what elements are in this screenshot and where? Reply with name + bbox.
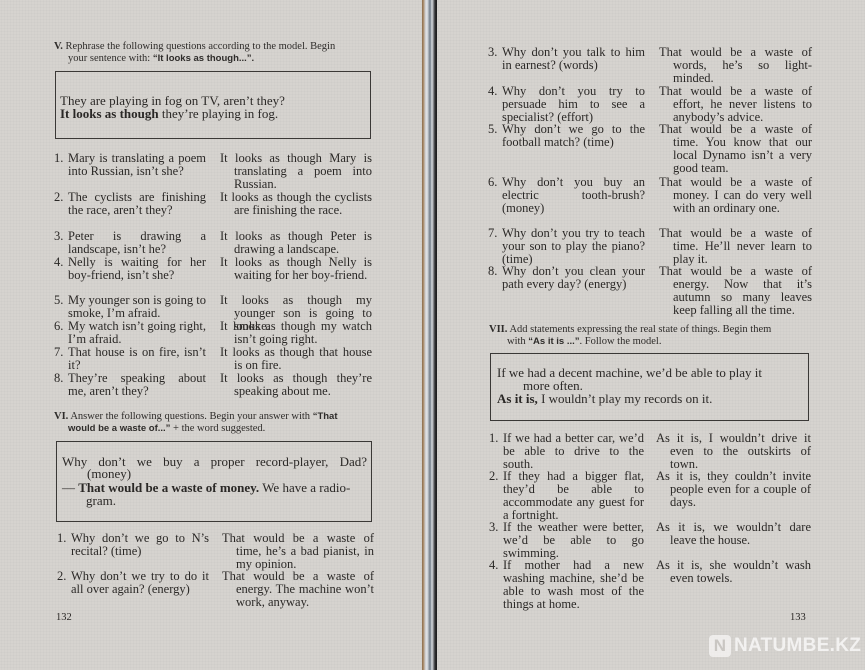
item-question: Why don’t we go to the football match? (… xyxy=(488,123,645,149)
item-number: 3. xyxy=(54,230,68,243)
item-question: That house is on fire, isn’t it? xyxy=(54,346,206,372)
item-question: The cyclists are finishing the race, are… xyxy=(54,191,206,217)
item-answer-text: As it is, I wouldn’t drive it even to th… xyxy=(656,432,811,471)
item-prompt: 8.Why don’t you clean your path every da… xyxy=(488,265,645,291)
item-question: My younger son is going to smoke, I’m af… xyxy=(54,294,206,320)
item-number: 5. xyxy=(54,294,68,307)
item-answer: That would be a waste of effort, he neve… xyxy=(659,85,812,124)
item-answer: As it is, they couldn’t invite people ev… xyxy=(656,470,811,509)
item-number: 8. xyxy=(54,372,68,385)
instruction-text: Add statements expressing the real state… xyxy=(509,324,771,335)
item-answer: As it is, she wouldn’t wash even towels. xyxy=(656,559,811,585)
item-answer: That would be a waste of time, he’s a ba… xyxy=(222,532,374,571)
model-answer: As it is, I wouldn’t play my records on … xyxy=(497,392,712,406)
model-keyword: As it is, xyxy=(497,391,538,406)
item-answer-text: It looks as though Mary is translating a… xyxy=(220,152,372,191)
item-number: 3. xyxy=(489,521,503,534)
item-number: 4. xyxy=(54,256,68,269)
left-page: V. Rephrase the following questions acco… xyxy=(0,0,422,670)
right-page: 3.Why don’t you talk to him in earnest? … xyxy=(437,0,865,670)
item-answer-text: That would be a waste of money. I can do… xyxy=(659,176,812,215)
item-prompt: 5.My younger son is going to smoke, I’m … xyxy=(54,294,206,320)
instruction-keyword: would be a waste of...” xyxy=(68,423,170,434)
item-prompt: 3.Why don’t you talk to him in earnest? … xyxy=(488,46,645,72)
item-answer-text: It looks as though that house is on fire… xyxy=(220,346,372,372)
item-question: Why don’t you buy an electric tooth-brus… xyxy=(488,176,645,215)
item-number: 1. xyxy=(57,532,71,545)
item-number: 7. xyxy=(54,346,68,359)
instruction-text: with xyxy=(507,336,528,347)
item-question: If the weather were better, we’d be able… xyxy=(489,521,644,560)
model-answer-rest: We have a radio- xyxy=(259,480,350,495)
item-number: 8. xyxy=(488,265,502,278)
model-answer-rest: I wouldn’t play my records on it. xyxy=(538,391,713,406)
item-answer: That would be a waste of money. I can do… xyxy=(659,176,812,215)
model-answer: It looks as though they’re playing in fo… xyxy=(60,107,278,121)
item-answer-text: It looks as though they’re speaking abou… xyxy=(220,372,372,398)
item-question: Nelly is waiting for her boy-friend, isn… xyxy=(54,256,206,282)
item-prompt: 1.Why don’t we go to N’s recital? (time) xyxy=(57,532,209,558)
item-question: Why don’t you try to teach your son to p… xyxy=(488,227,645,266)
instruction-keyword: “It looks as though...”. xyxy=(153,53,254,64)
item-question: Mary is translating a poem into Russian,… xyxy=(54,152,206,178)
item-answer-text: That would be a waste of time, he’s a ba… xyxy=(222,532,374,571)
item-answer: That would be a waste of time. You know … xyxy=(659,123,812,175)
page-number: 132 xyxy=(56,612,72,623)
item-answer-text: It looks as though Nelly is waiting for … xyxy=(220,256,372,282)
item-answer-text: That would be a waste of time. He’ll nev… xyxy=(659,227,812,266)
item-answer: It looks as though Peter is drawing a la… xyxy=(220,230,372,256)
exercise-number: V. xyxy=(54,41,63,52)
item-answer: As it is, we wouldn’t dare leave the hou… xyxy=(656,521,811,547)
item-question: Why don’t you clean your path every day?… xyxy=(488,265,645,291)
exercise-number: VI. xyxy=(54,411,68,422)
item-answer: That would be a waste of energy. Now tha… xyxy=(659,265,812,317)
item-answer-text: It looks as though the cyclists are fini… xyxy=(220,191,372,217)
item-answer-text: That would be a waste of time. You know … xyxy=(659,123,812,175)
item-number: 3. xyxy=(488,46,502,59)
item-number: 2. xyxy=(57,570,71,583)
item-prompt: 1.Mary is translating a poem into Russia… xyxy=(54,152,206,178)
dash: — xyxy=(62,480,78,495)
item-answer-text: As it is, they couldn’t invite people ev… xyxy=(656,470,811,509)
exercise-vi-model-box: Why don’t we buy a proper record-player,… xyxy=(56,441,372,522)
item-answer-text: That would be a waste of words, he’s so … xyxy=(659,46,812,85)
item-prompt: 5.Why don’t we go to the football match?… xyxy=(488,123,645,149)
exercise-vii-instruction: VII. Add statements expressing the real … xyxy=(489,324,819,348)
item-answer: It looks as though the cyclists are fini… xyxy=(220,191,372,217)
page-number: 133 xyxy=(790,612,806,623)
item-answer: As it is, I wouldn’t drive it even to th… xyxy=(656,432,811,471)
item-number: 2. xyxy=(489,470,503,483)
item-answer-text: It looks as though my watch isn’t going … xyxy=(220,320,372,346)
exercise-number: VII. xyxy=(489,324,507,335)
item-question: If they had a bigger flat, they’d be abl… xyxy=(489,470,644,522)
item-prompt: 2.If they had a bigger flat, they’d be a… xyxy=(489,470,644,522)
item-number: 4. xyxy=(489,559,503,572)
instruction-text: Answer the following questions. Begin yo… xyxy=(70,411,312,422)
item-prompt: 3.Peter is drawing a landscape, isn’t he… xyxy=(54,230,206,256)
item-answer: It looks as though Nelly is waiting for … xyxy=(220,256,372,282)
exercise-vi-instruction: VI. Answer the following questions. Begi… xyxy=(54,411,372,435)
model-keyword: It looks as though xyxy=(60,106,159,121)
item-answer: That would be a waste of words, he’s so … xyxy=(659,46,812,85)
item-answer: That would be a waste of energy. The mac… xyxy=(222,570,374,609)
item-question: Why don’t we try to do it all over again… xyxy=(57,570,209,596)
item-number: 2. xyxy=(54,191,68,204)
item-prompt: 7.That house is on fire, isn’t it? xyxy=(54,346,206,372)
item-question: Peter is drawing a landscape, isn’t he? xyxy=(54,230,206,256)
item-answer: It looks as though they’re speaking abou… xyxy=(220,372,372,398)
item-number: 5. xyxy=(488,123,502,136)
item-answer-text: That would be a waste of energy. The mac… xyxy=(222,570,374,609)
watermark-text: NATUMBE.KZ xyxy=(734,635,861,657)
model-answer-continued: gram. xyxy=(86,494,116,508)
exercise-vii-model-box: If we had a decent machine, we’d be able… xyxy=(490,353,809,421)
item-answer-text: That would be a waste of effort, he neve… xyxy=(659,85,812,124)
item-answer: It looks as though my watch isn’t going … xyxy=(220,320,372,346)
item-answer-text: It looks as though Peter is drawing a la… xyxy=(220,230,372,256)
item-prompt: 4.Nelly is waiting for her boy-friend, i… xyxy=(54,256,206,282)
item-prompt: 6.Why don’t you buy an electric tooth-br… xyxy=(488,176,645,215)
exercise-v-instruction: V. Rephrase the following questions acco… xyxy=(54,41,372,65)
item-prompt: 6.My watch isn’t going right, I’m afraid… xyxy=(54,320,206,346)
instruction-text: Rephrase the following questions accordi… xyxy=(65,41,335,52)
item-answer-text: As it is, she wouldn’t wash even towels. xyxy=(656,559,811,585)
item-answer: That would be a waste of time. He’ll nev… xyxy=(659,227,812,266)
book-spine xyxy=(422,0,437,670)
model-hint: (money) xyxy=(87,467,131,481)
item-question: If we had a better car, we’d be able to … xyxy=(489,432,644,471)
instruction-text: + the word suggested. xyxy=(170,423,265,434)
instruction-text: your sentence with: xyxy=(68,53,153,64)
item-number: 4. xyxy=(488,85,502,98)
item-prompt: 4.If mother had a new washing machine, s… xyxy=(489,559,644,611)
item-answer-text: As it is, we wouldn’t dare leave the hou… xyxy=(656,521,811,547)
item-question: Why don’t you talk to him in earnest? (w… xyxy=(488,46,645,72)
item-prompt: 1.If we had a better car, we’d be able t… xyxy=(489,432,644,471)
watermark-logo-icon: N xyxy=(709,635,731,657)
item-number: 6. xyxy=(488,176,502,189)
item-prompt: 2.The cyclists are finishing the race, a… xyxy=(54,191,206,217)
item-prompt: 2.Why don’t we try to do it all over aga… xyxy=(57,570,209,596)
item-prompt: 7.Why don’t you try to teach your son to… xyxy=(488,227,645,266)
item-number: 6. xyxy=(54,320,68,333)
item-answer: It looks as though Mary is translating a… xyxy=(220,152,372,191)
item-number: 7. xyxy=(488,227,502,240)
watermark: N NATUMBE.KZ xyxy=(709,635,861,657)
item-question: They’re speaking about me, aren’t they? xyxy=(54,372,206,398)
instruction-keyword: “As it is ...” xyxy=(528,336,579,347)
item-question: My watch isn’t going right, I’m afraid. xyxy=(54,320,206,346)
instruction-text: . Follow the model. xyxy=(580,336,662,347)
item-number: 1. xyxy=(54,152,68,165)
model-answer-rest: they’re playing in fog. xyxy=(159,106,279,121)
exercise-v-model-box: They are playing in fog on TV, aren’t th… xyxy=(55,71,371,139)
item-answer: It looks as though that house is on fire… xyxy=(220,346,372,372)
item-prompt: 3.If the weather were better, we’d be ab… xyxy=(489,521,644,560)
item-question: If mother had a new washing machine, she… xyxy=(489,559,644,611)
item-number: 1. xyxy=(489,432,503,445)
item-question: Why don’t you try to persuade him to see… xyxy=(488,85,645,124)
item-prompt: 4.Why don’t you try to persuade him to s… xyxy=(488,85,645,124)
item-question: Why don’t we go to N’s recital? (time) xyxy=(57,532,209,558)
item-prompt: 8.They’re speaking about me, aren’t they… xyxy=(54,372,206,398)
instruction-keyword: “That xyxy=(313,411,338,422)
item-answer-text: That would be a waste of energy. Now tha… xyxy=(659,265,812,317)
